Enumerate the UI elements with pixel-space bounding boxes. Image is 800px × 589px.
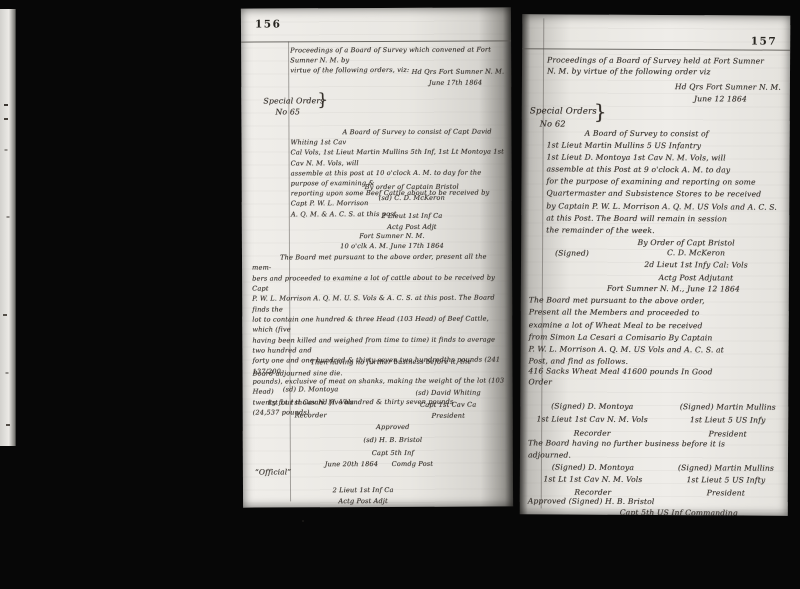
- special-orders-brace: }: [317, 95, 328, 105]
- recorder-signature: (sd) D. Montoya 1st Lt 1st Cav N. M. Vol…: [255, 383, 367, 422]
- signed-name-block: C. D. McKeron 2d Lieut 1st Infy Cal: Vol…: [616, 247, 776, 285]
- findings-lines: 416 Sacks Wheat Meal 41600 pounds In Goo…: [528, 366, 784, 389]
- adjournment-lines: The Board having no further business bef…: [528, 437, 780, 462]
- closing-lines: Then having no further business before i…: [252, 356, 498, 378]
- president-signature: (sd) David Whiting Capt 1st Cav Ca Presi…: [391, 387, 506, 422]
- ruled-line-horizontal: [522, 48, 790, 50]
- approval-date-line: June 20th 1864 Comdg Post: [273, 459, 485, 470]
- adjutant-signature-block: 2 Lieut 1st Inf Ca Actg Post Adjt: [342, 211, 482, 233]
- board-proceedings: The Board met pursuant to the above orde…: [528, 294, 784, 369]
- date-line: June 17th 1864: [290, 78, 482, 89]
- previous-page-edge: [0, 9, 16, 446]
- signed-label: (Signed): [555, 247, 589, 259]
- page-number: 156: [255, 18, 281, 30]
- special-orders-number: No 65: [275, 107, 300, 117]
- page-156: 156 Proceedings of a Board of Survey whi…: [241, 7, 513, 507]
- president-signature: (Signed) Martin Mullins 1st Lieut 5 US I…: [665, 462, 787, 500]
- microfilm-frame: 156 Proceedings of a Board of Survey whi…: [0, 0, 800, 589]
- proceedings-intro: Proceedings of a Board of Survey held at…: [547, 55, 785, 77]
- order-body: A Board of Survey to consist of Capt Dav…: [290, 126, 507, 219]
- ruled-line-horizontal: [241, 40, 511, 42]
- special-orders-brace: }: [594, 106, 607, 118]
- page-157: 157 Proceedings of a Board of Survey hel…: [520, 14, 791, 515]
- special-orders-label: Special Orders: [263, 96, 324, 106]
- recorder-signature: (Signed) D. Montoya 1st Lieut 1st Cav N.…: [528, 399, 656, 440]
- approval-block: Approved (sd) H. B. Bristol Capt 5th Inf: [328, 421, 458, 461]
- headquarters-line: Hd Qrs Fort Sumner N. M.: [290, 66, 504, 77]
- adjutant-footer: 2 Lieut 1st Inf Ca Actg Post Adjt: [298, 485, 428, 507]
- president-signature: (Signed) Martin Mullins 1st Lieut 5 US I…: [670, 400, 785, 441]
- edge-text-specks: [4, 104, 8, 106]
- approval-rank-line: Capt 5th US Inf Commanding: [620, 507, 738, 516]
- page-number: 157: [751, 35, 777, 47]
- by-order-block: By order of Captain Bristol (sd) C. D. M…: [337, 182, 487, 204]
- official-label: “Official”: [255, 467, 291, 477]
- date-line: June 12 1864: [547, 92, 747, 105]
- order-body: A Board of Survey to consist of 1st Lieu…: [546, 127, 787, 237]
- special-orders-label: Special Orders: [530, 105, 597, 117]
- place-date-block: Fort Sumner N. M. 10 o'clk A. M. June 17…: [317, 231, 467, 252]
- recorder-signature: (Signed) D. Montoya 1st Lt 1st Cav N. M.…: [528, 461, 658, 499]
